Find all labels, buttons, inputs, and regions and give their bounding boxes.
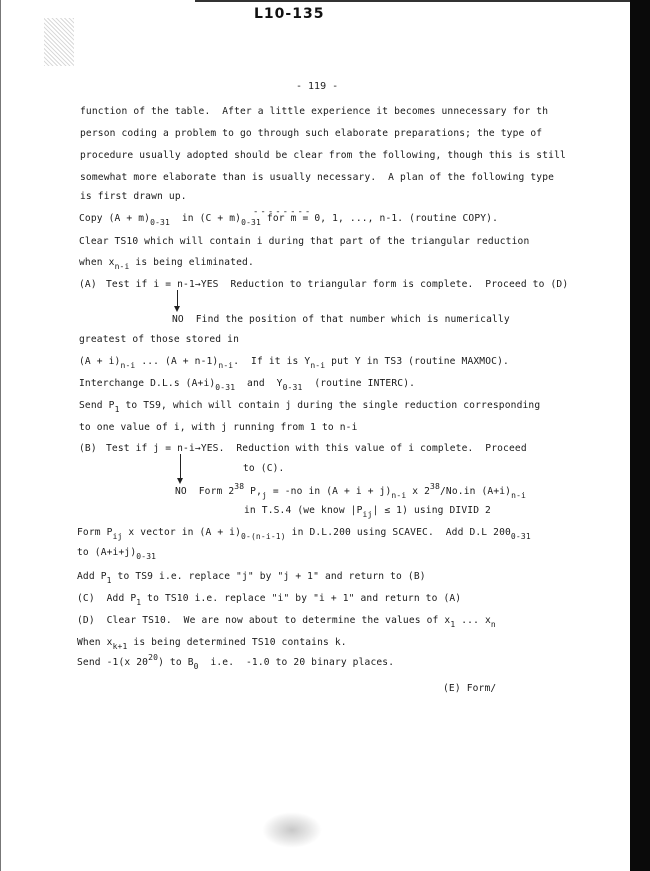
step-a-yes: →YES: [195, 279, 219, 290]
scan-smudge-top-left: [44, 18, 74, 66]
step-a-no: NO Find the position of that number whic…: [172, 314, 510, 326]
step-a-no-text: Find the position of that number which i…: [184, 314, 510, 325]
copy-step: Copy (A + m)0-31 in (C + m)0-31 for m = …: [79, 213, 498, 225]
step-b-yes-cont: to (C).: [243, 463, 284, 475]
step-a-test-text: Test if i = n-1: [106, 279, 195, 290]
send-step-line-2: to one value of i, with j running from 1…: [79, 422, 358, 434]
copy-a-sub: 0-31: [150, 218, 170, 227]
scan-border-left: [0, 0, 1, 871]
copy-c: for m = 0, 1, ..., n-1. (routine COPY).: [261, 213, 498, 224]
clear-a: when x: [79, 257, 115, 268]
step-d-line-1: (D) Clear TS10. We are now about to dete…: [77, 615, 496, 627]
paragraph-line-1: function of the table. After a little ex…: [80, 106, 548, 118]
copy-b-sub: 0-31: [241, 218, 261, 227]
scan-border-right: [630, 0, 650, 871]
copy-b: in (C + m): [170, 213, 241, 224]
step-c: (C) Add P1 to TS10 i.e. replace "i" by "…: [77, 593, 461, 605]
flow-arrow-down-b: [180, 454, 181, 480]
flow-arrow-down-a: [177, 290, 178, 308]
clear-b: is being eliminated.: [129, 257, 253, 268]
copy-a: Copy (A + m): [79, 213, 150, 224]
add-step-b: Add P1 to TS9 i.e. replace "j" by "j + 1…: [77, 571, 426, 583]
scan-border-top: [195, 0, 630, 2]
step-b-form-line-2: in T.S.4 (we know |Pij| ≤ 1) using DIVID…: [244, 505, 491, 517]
step-a-cont: greatest of those stored in: [79, 334, 239, 346]
handwritten-reference: L10-135: [254, 6, 324, 22]
step-b-label: (B): [79, 443, 97, 455]
step-a-range: (A + i)n-i ... (A + n-1)n-i. If it is Yn…: [79, 356, 509, 368]
step-a-label: (A): [79, 279, 97, 291]
continuation-marker: (E) Form/: [443, 683, 496, 695]
step-a-interchange: Interchange D.L.s (A+i)0-31 and Y0-31 (r…: [79, 378, 415, 390]
paragraph-line-5: is first drawn up.: [80, 191, 187, 203]
step-a-test: Test if i = n-1→YES Reduction to triangu…: [106, 279, 568, 291]
clear-step-line-2: when xn-i is being eliminated.: [79, 257, 254, 269]
step-d-line-3: Send -1(x 2020) to B0 i.e. -1.0 to 20 bi…: [77, 657, 394, 669]
scan-smudge-bottom: [262, 812, 322, 848]
send-step-line-1: Send P1 to TS9, which will contain j dur…: [79, 400, 540, 412]
step-b-no-form: NO Form 238 P,j = -no in (A + i + j)n-i …: [175, 486, 526, 498]
page-number: - 119 -: [296, 81, 338, 92]
step-b-test: Test if j = n-i→YES. Reduction with this…: [106, 443, 527, 455]
paragraph-line-4: somewhat more elaborate than is usually …: [80, 172, 554, 184]
clear-step-line-1: Clear TS10 which will contain i during t…: [79, 236, 529, 248]
step-d-line-2: When xk+1 is being determined TS10 conta…: [77, 637, 347, 649]
paragraph-line-2: person coding a problem to go through su…: [80, 128, 542, 140]
scavec-step-line-1: Form Pij x vector in (A + i)0-(n-i-1) in…: [77, 527, 531, 539]
paragraph-line-3: procedure usually adopted should be clea…: [80, 150, 566, 162]
step-a-yes-text: Reduction to triangular form is complete…: [219, 279, 569, 290]
scavec-step-line-2: to (A+i+j)0-31: [77, 547, 156, 559]
clear-sub: n-i: [115, 262, 130, 271]
step-a-no-label: NO: [172, 314, 184, 325]
